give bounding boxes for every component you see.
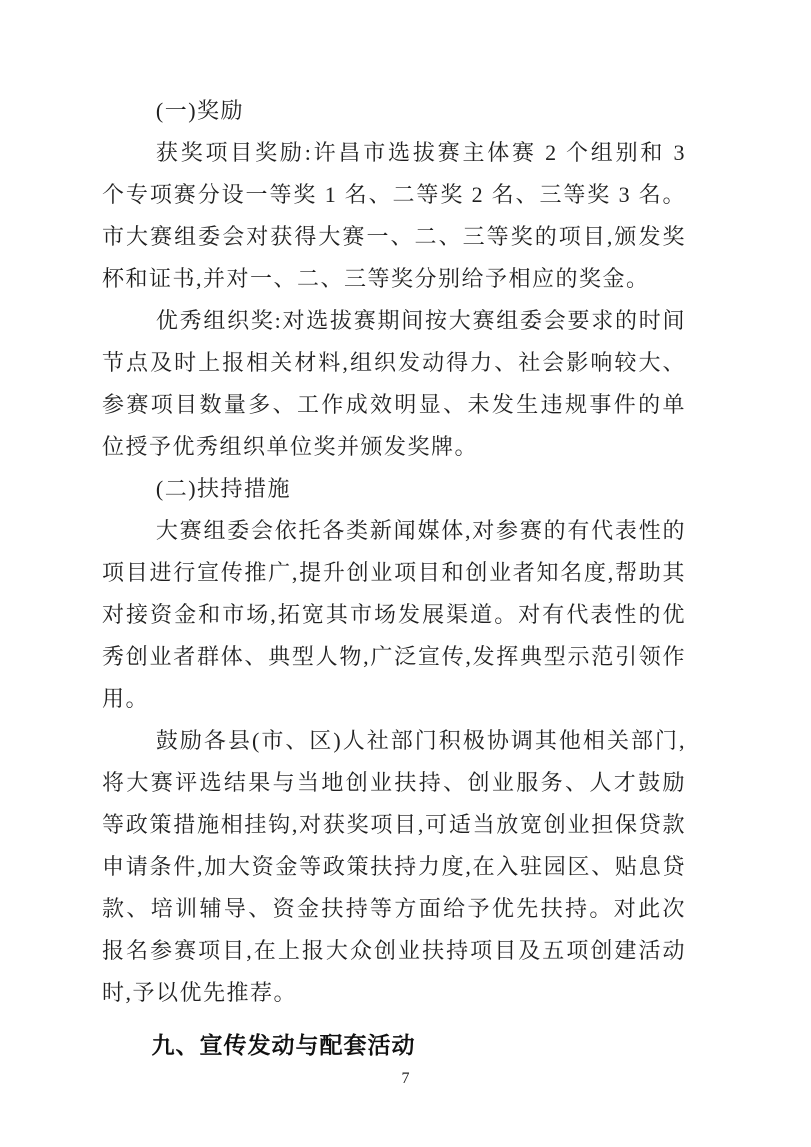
paragraph-organization-award: 优秀组织奖:对选拔赛期间按大赛组委会要求的时间节点及时上报相关材料,组织发动得力… [102,300,686,468]
paragraph-media-promotion: 大赛组委会依托各类新闻媒体,对参赛的有代表性的项目进行宣传推广,提升创业项目和创… [102,510,686,720]
page-number: 7 [0,1069,811,1089]
document-page: (一)奖励 获奖项目奖励:许昌市选拔赛主体赛 2 个组别和 3 个专项赛分设一等… [0,0,811,1147]
section-heading-support-measures: (二)扶持措施 [102,468,686,510]
paragraph-award-projects: 获奖项目奖励:许昌市选拔赛主体赛 2 个组别和 3 个专项赛分设一等奖 1 名、… [102,132,686,300]
chapter-heading-publicity-activities: 九、宣传发动与配套活动 [102,1024,686,1066]
paragraph-policy-support: 鼓励各县(市、区)人社部门积极协调其他相关部门,将大赛评选结果与当地创业扶持、创… [102,720,686,1014]
section-heading-awards: (一)奖励 [102,90,686,132]
document-body: (一)奖励 获奖项目奖励:许昌市选拔赛主体赛 2 个组别和 3 个专项赛分设一等… [102,90,686,1066]
